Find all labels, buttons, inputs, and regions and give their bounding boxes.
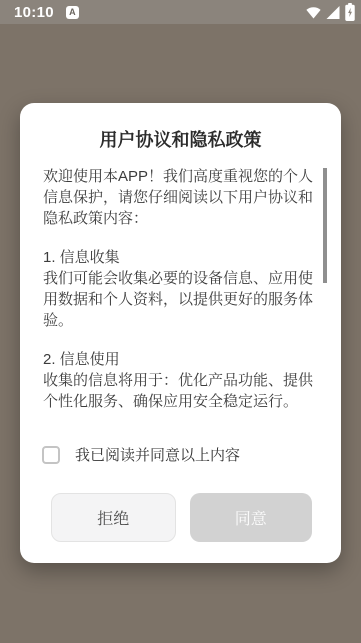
battery-charging-icon bbox=[345, 3, 355, 21]
wifi-icon bbox=[306, 6, 321, 19]
policy-scroll-area[interactable]: 欢迎使用本APP！我们高度重视您的个人信息保护，请您仔细阅读以下用户协议和隐私政… bbox=[20, 166, 341, 420]
agree-checkbox-label: 我已阅读并同意以上内容 bbox=[75, 444, 240, 465]
agree-button[interactable]: 同意 bbox=[190, 493, 313, 542]
cellular-signal-icon bbox=[326, 6, 340, 19]
policy-paragraph: 1. 信息收集 我们可能会收集必要的设备信息、应用使用数据和个人资料，以提供更好… bbox=[43, 247, 318, 331]
app-notification-icon: A bbox=[66, 6, 79, 19]
status-icons bbox=[306, 3, 355, 21]
dialog-title: 用户协议和隐私政策 bbox=[20, 128, 341, 152]
refuse-button[interactable]: 拒绝 bbox=[51, 493, 176, 542]
scrollbar-thumb[interactable] bbox=[323, 168, 327, 283]
agree-checkbox-row[interactable]: 我已阅读并同意以上内容 bbox=[20, 444, 341, 465]
agree-checkbox[interactable] bbox=[42, 446, 60, 464]
policy-text: 欢迎使用本APP！我们高度重视您的个人信息保护，请您仔细阅读以下用户协议和隐私政… bbox=[43, 166, 318, 420]
policy-paragraph: 2. 信息使用 收集的信息将用于：优化产品功能、提供个性化服务、确保应用安全稳定… bbox=[43, 349, 318, 412]
dialog-button-row: 拒绝 同意 bbox=[20, 493, 341, 542]
policy-paragraph: 欢迎使用本APP！我们高度重视您的个人信息保护，请您仔细阅读以下用户协议和隐私政… bbox=[43, 166, 318, 229]
status-bar: 10:10 A bbox=[0, 0, 361, 24]
clock: 10:10 bbox=[14, 4, 54, 21]
privacy-dialog: 用户协议和隐私政策 欢迎使用本APP！我们高度重视您的个人信息保护，请您仔细阅读… bbox=[20, 103, 341, 563]
